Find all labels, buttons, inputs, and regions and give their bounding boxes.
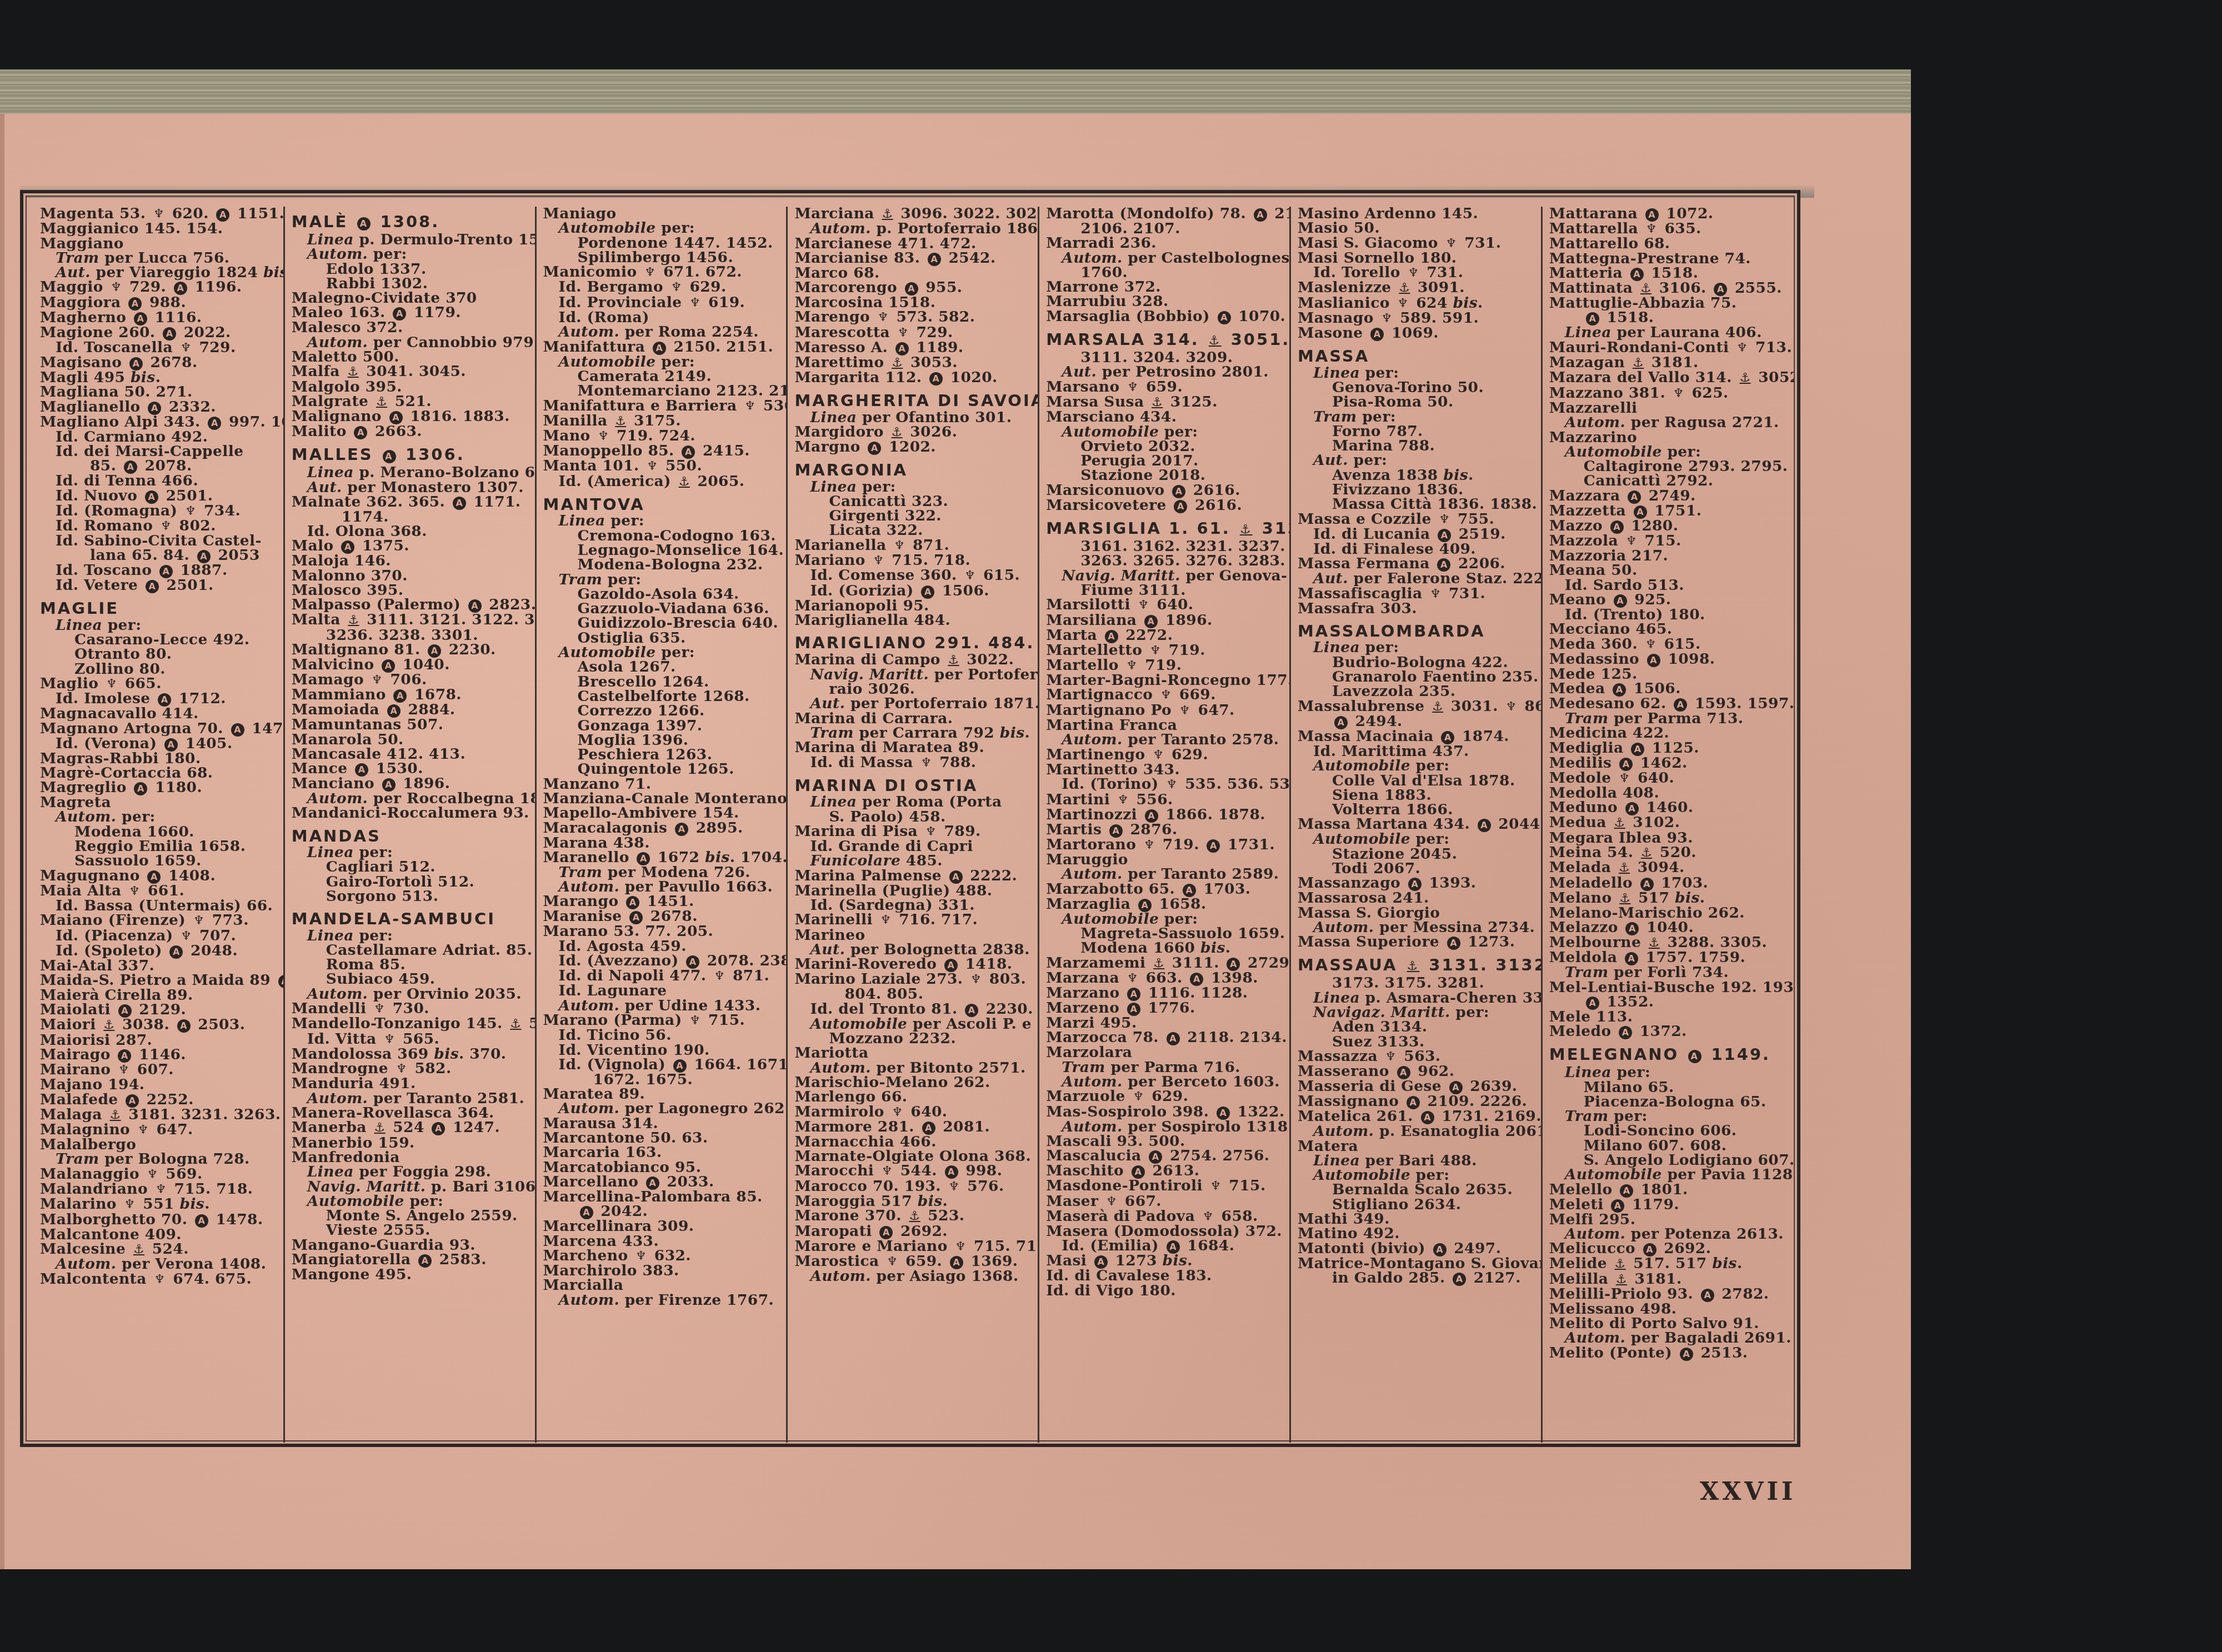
navigation-anchor-icon: ⚓ xyxy=(510,1017,521,1032)
index-entry: Martinengo ♆ 629. xyxy=(1046,748,1285,763)
index-section-heading: MASSAUA ⚓ 3131. 3132. xyxy=(1298,958,1537,974)
tram-bell-icon: ♆ xyxy=(1118,793,1129,808)
tram-bell-icon: ♆ xyxy=(882,1164,893,1179)
index-subentry: Aut. per Falerone Staz. 2225. xyxy=(1298,572,1537,586)
index-entry: Melito (Ponte) A 2513. xyxy=(1549,1346,1790,1361)
tram-bell-icon: ♆ xyxy=(1505,700,1517,714)
index-entry: Mazzo A 1280. xyxy=(1549,519,1790,534)
index-subentry: Autom. per: xyxy=(40,810,279,824)
index-entry: Margidoro ⚓ 3026. xyxy=(794,425,1033,440)
index-section-heading: MALÈ A 1308. xyxy=(292,214,531,231)
automobile-icon: A xyxy=(868,442,881,455)
index-subentry: Id. (Verona) A 1405. xyxy=(40,737,279,752)
transport-mode-label: bis xyxy=(1675,889,1700,907)
navigation-anchor-icon: ⚓ xyxy=(103,1018,114,1033)
index-entry: Marmore 281. A 2081. xyxy=(794,1120,1033,1135)
automobile-icon: A xyxy=(231,723,244,737)
index-subentry: Id. Comense 360. ♆ 615. xyxy=(794,568,1033,583)
navigation-anchor-icon: ⚓ xyxy=(348,613,359,628)
index-section-heading: MARSIGLIA 1. 61. ⚓ 3132. xyxy=(1046,521,1285,537)
index-section-heading: MASSA xyxy=(1298,349,1537,363)
tram-bell-icon: ♆ xyxy=(1736,341,1748,356)
index-entry: Malignano A 1816. 1883. xyxy=(292,409,531,424)
index-entry: Mecciano 465. xyxy=(1549,622,1790,637)
index-subentry: Id. (Avezzano) A 2078. 2381. xyxy=(543,954,782,969)
index-entry: Malcontenta ♆ 674. 675. xyxy=(40,1272,279,1287)
index-entry: Manta 101. ♆ 550. xyxy=(543,459,782,474)
index-entry: Marrubiu 328. xyxy=(1046,294,1285,309)
index-subentry: Id. Imolese A 1712. xyxy=(40,692,279,707)
index-entry: Marino Laziale 273. ♆ 803. xyxy=(794,972,1033,987)
index-column-5: Marotta (Mondolfo) 78. A 2105.2106. 2107… xyxy=(1039,207,1291,1443)
index-subentry: Id. Vitta ♆ 565. xyxy=(292,1032,531,1047)
index-entry: Marzamemi ⚓ 3111. A 2729. xyxy=(1046,956,1285,971)
index-entry: Magnano Artogna 70. A 1471 bis xyxy=(40,722,279,737)
automobile-icon: A xyxy=(1619,758,1633,771)
tram-bell-icon: ♆ xyxy=(689,1014,700,1028)
index-entry: Marsicovetere A 2616. xyxy=(1046,498,1285,513)
index-entry: Mazzetta A 1751. xyxy=(1549,504,1790,519)
index-subentry: Edolo 1337. xyxy=(292,262,531,277)
index-subentry: Automobile per: xyxy=(1298,759,1537,773)
tram-bell-icon: ♆ xyxy=(671,281,682,295)
index-entry: Mascalucia A 2754. 2756. xyxy=(1046,1149,1285,1164)
automobile-icon: A xyxy=(354,426,367,439)
index-entry: Malgrate ⚓ 521. xyxy=(292,394,531,409)
index-entry: Marsiconuovo A 2616. xyxy=(1046,483,1285,498)
transport-mode-label: bis xyxy=(263,264,285,281)
index-entry: Magreglio A 1180. xyxy=(40,780,279,795)
tram-bell-icon: ♆ xyxy=(1160,688,1172,703)
index-subentry: Autom. per Roma 2254. xyxy=(543,325,782,339)
index-entry: Maggiora A 988. xyxy=(40,296,279,311)
index-subentry: Id. (Piacenza) ♆ 707. xyxy=(40,929,279,944)
index-entry: Melide ⚓ 517. 517 bis. xyxy=(1549,1256,1790,1271)
index-subentry: Id. Bergamo ♆ 629. xyxy=(543,280,782,295)
index-entry: Manicomio ♆ 671. 672. xyxy=(543,265,782,280)
tram-bell-icon: ♆ xyxy=(138,1123,149,1138)
index-subentry: Aut. per Petrosino 2801. xyxy=(1046,365,1285,379)
index-entry: Manciano A 1896. xyxy=(292,777,531,792)
index-entry: Magenta 53. ♆ 620. A 1151. xyxy=(40,207,279,222)
index-entry: Mandrogne ♆ 582. xyxy=(292,1062,531,1077)
automobile-icon: A xyxy=(1680,1348,1693,1361)
index-entry: Mattinata ⚓ 3106. A 2555. xyxy=(1549,281,1790,296)
index-section-heading: MARSALA 314. ⚓ 3051. 3052. xyxy=(1046,332,1285,348)
index-subentry: Automobile per: xyxy=(1298,832,1537,847)
automobile-icon: A xyxy=(147,870,161,884)
index-subentry: Stazione 2018. xyxy=(1046,468,1285,483)
index-entry: Maiori ⚓ 3038. A 2503. xyxy=(40,1018,279,1033)
index-section-heading: MARGONIA xyxy=(794,463,1033,477)
index-entry: Meledo A 1372. xyxy=(1549,1024,1790,1039)
index-section-heading: MANDAS xyxy=(292,829,531,843)
index-entry: Mazzola ♆ 715. xyxy=(1549,534,1790,549)
index-subentry: Licata 322. xyxy=(794,523,1033,538)
index-entry: Maltignano 81. A 2230. xyxy=(292,643,531,658)
index-entry: Marone 370. ⚓ 523. xyxy=(794,1209,1033,1224)
navigation-anchor-icon: ⚓ xyxy=(1739,371,1750,386)
transport-mode-label: bis xyxy=(1000,724,1025,742)
index-entry: Medilis A 1462. xyxy=(1549,756,1790,771)
index-entry: Massarosa 241. xyxy=(1298,891,1537,905)
index-entry: Malborghetto 70. A 1478. xyxy=(40,1213,279,1228)
index-entry: Martorano ♆ 719. A 1731. xyxy=(1046,838,1285,853)
tram-bell-icon: ♆ xyxy=(1127,972,1138,986)
index-subentry: Autom. per Sospirolo 1318 bis. xyxy=(1046,1120,1285,1134)
index-entry: Magnacavallo 414. xyxy=(40,707,279,721)
index-entry: Matelica 261. A 1731. 2169. xyxy=(1298,1109,1537,1124)
index-entry: Manoppello 85. A 2415. xyxy=(543,444,782,459)
index-entry: Melicucco A 2692. xyxy=(1549,1241,1790,1256)
index-subentry: Tram per: xyxy=(1298,410,1537,424)
index-entry: Mandanici-Roccalumera 93. xyxy=(292,806,531,820)
index-entry: Marzabotto 65. A 1703. xyxy=(1046,882,1285,897)
index-entry: Magherno A 1116. xyxy=(40,311,279,326)
index-entry: Melilli-Priolo 93. A 2782. xyxy=(1549,1287,1790,1302)
index-entry: Marostica ♆ 659. A 1369. xyxy=(794,1254,1033,1269)
index-entry: Mazzara A 2749. xyxy=(1549,489,1790,504)
index-entry: Mas-Sospirolo 398. A 1322. xyxy=(1046,1105,1285,1120)
index-subentry: Zollino 80. xyxy=(40,662,279,677)
index-entry: Marocchi ♆ 544. A 998. xyxy=(794,1164,1033,1179)
index-subentry: Id. di Tenna 466. xyxy=(40,474,279,488)
automobile-icon: A xyxy=(928,253,941,266)
index-subentry: Brescello 1264. xyxy=(543,675,782,689)
automobile-icon: A xyxy=(626,896,639,909)
index-entry: Malcantone 409. xyxy=(40,1228,279,1242)
index-entry: Meda 360. ♆ 615. xyxy=(1549,637,1790,652)
index-entry: Maranise A 2678. xyxy=(543,909,782,924)
index-entry: Melazzo A 1040. xyxy=(1549,920,1790,935)
automobile-icon: A xyxy=(174,282,187,295)
index-entry: Marore e Mariano ♆ 715. 718. xyxy=(794,1239,1033,1254)
index-entry: Martini ♆ 556. xyxy=(1046,793,1285,808)
index-subentry: Tram per: xyxy=(543,573,782,587)
index-entry: Massalubrense ⚓ 3031. ♆ 869. xyxy=(1298,699,1537,714)
index-subentry: 3236. 3238. 3301. xyxy=(292,628,531,643)
index-entry: Manerbio 159. xyxy=(292,1136,531,1150)
automobile-icon: A xyxy=(383,450,396,463)
index-subentry: Id. Vetere A 2501. xyxy=(40,578,279,593)
index-subentry: Autom. per Ragusa 2721. xyxy=(1549,415,1790,430)
navigation-anchor-icon: ⚓ xyxy=(348,365,359,379)
automobile-icon: A xyxy=(146,580,159,593)
index-subentry: A 1518. xyxy=(1549,311,1790,326)
index-subentry: Aut. per: xyxy=(1298,453,1537,468)
index-entry: Mattarello 68. xyxy=(1549,237,1790,251)
page-number: XXVII xyxy=(1700,1478,1796,1506)
index-column-1: Magenta 53. ♆ 620. A 1151.Maggianico 145… xyxy=(33,207,285,1443)
tram-bell-icon: ♆ xyxy=(955,1240,966,1254)
index-entry: Magliano Alpi 343. A 997. 1020. xyxy=(40,415,279,430)
index-subentry: Id. (Romagna) ♆ 734. xyxy=(40,504,279,519)
navigation-anchor-icon: ⚓ xyxy=(1407,959,1420,974)
index-subentry: Automobile per Pavia 1128. xyxy=(1549,1168,1790,1182)
navigation-anchor-icon: ⚓ xyxy=(1619,892,1630,906)
tram-bell-icon: ♆ xyxy=(1445,237,1457,251)
index-subentry: Automobile per: xyxy=(543,221,782,236)
index-entry: Massa Fermana A 2206. xyxy=(1298,557,1537,572)
index-entry: Meleti A 1179. xyxy=(1549,1198,1790,1213)
index-subentry: Autom. per Udine 1433. xyxy=(543,999,782,1013)
tram-bell-icon: ♆ xyxy=(1430,587,1441,602)
index-entry: Martinozzi A 1866. 1878. xyxy=(1046,808,1285,823)
index-subentry: Id. Ticino 56. xyxy=(543,1028,782,1043)
index-subentry: Sassuolo 1659. xyxy=(40,854,279,868)
index-entry: Martelletto ♆ 719. xyxy=(1046,643,1285,658)
index-entry: Marcellano A 2033. xyxy=(543,1175,782,1190)
tram-bell-icon: ♆ xyxy=(129,884,140,899)
index-column-2: MALÈ A 1308.Linea p. Dermulo-Trento 150A… xyxy=(285,207,537,1443)
index-entry: Manifattura e Barriera ♆ 536. 537. xyxy=(543,399,782,414)
index-entry: Melada ⚓ 3094. xyxy=(1549,860,1790,875)
automobile-icon: A xyxy=(169,945,183,959)
index-subentry: Pordenone 1447. 1452. xyxy=(543,236,782,251)
index-entry: Massa Martana 434. A 2044. xyxy=(1298,817,1537,832)
page-gutter xyxy=(0,114,4,1569)
automobile-icon: A xyxy=(1640,878,1654,891)
index-subentry: Autom. per Bitonto 2571. xyxy=(794,1061,1033,1075)
navigation-anchor-icon: ⚓ xyxy=(1153,957,1164,971)
index-entry: Maiolati A 2129. xyxy=(40,1003,279,1018)
navigation-anchor-icon: ⚓ xyxy=(948,653,959,668)
index-subentry: Aut. per Portoferraio 1871. xyxy=(794,697,1033,711)
index-subentry: Vieste 2555. xyxy=(292,1223,531,1238)
index-entry: Melano ⚓ 517 bis. xyxy=(1549,891,1790,906)
index-subentry: Lodi-Soncino 606. xyxy=(1549,1124,1790,1138)
tram-bell-icon: ♆ xyxy=(878,311,889,325)
automobile-icon: A xyxy=(1218,311,1231,324)
index-entry: Maser ♆ 667. xyxy=(1046,1194,1285,1209)
index-subentry: Id. Vicentino 190. xyxy=(543,1043,782,1058)
index-entry: Marianopoli 95. xyxy=(794,599,1033,613)
index-entry: Malvicino A 1040. xyxy=(292,658,531,673)
tram-bell-icon: ♆ xyxy=(1673,387,1684,401)
index-subentry: Id. (America) ⚓ 2065. xyxy=(543,474,782,489)
index-subentry: 85. A 2078. xyxy=(40,459,279,474)
index-subentry: Aden 3134. xyxy=(1298,1020,1537,1034)
tram-bell-icon: ♆ xyxy=(181,929,192,944)
index-entry: Marcheno ♆ 632. xyxy=(543,1249,782,1264)
index-entry: Medassino A 1098. xyxy=(1549,652,1790,667)
index-entry: Manarola 50. xyxy=(292,733,531,747)
tram-bell-icon: ♆ xyxy=(1138,598,1149,613)
index-entry: Medua ⚓ 3102. xyxy=(1549,815,1790,830)
index-entry: Maresso A. A 1189. xyxy=(794,341,1033,356)
index-entry: Meldola A 1757. 1759. xyxy=(1549,950,1790,965)
automobile-icon: A xyxy=(1174,500,1187,513)
navigation-anchor-icon: ⚓ xyxy=(1614,816,1625,830)
index-subentry: Tram per Bologna 728. xyxy=(40,1152,279,1167)
automobile-icon: A xyxy=(1688,1050,1701,1063)
index-subentry: Id. Provinciale ♆ 619. xyxy=(543,296,782,311)
automobile-icon: A xyxy=(1478,819,1491,832)
automobile-icon: A xyxy=(1167,1032,1180,1045)
index-section-heading: MANTOVA xyxy=(543,497,782,512)
automobile-icon: A xyxy=(1127,988,1140,1001)
index-entry: Mel-Lentiai-Busche 192. 193. xyxy=(1549,980,1790,995)
automobile-icon: A xyxy=(357,217,371,231)
index-entry: Marsilotti ♆ 640. xyxy=(1046,598,1285,613)
automobile-icon: A xyxy=(929,372,943,386)
index-entry: Marzano A 1116. 1128. xyxy=(1046,986,1285,1001)
tram-bell-icon: ♆ xyxy=(124,1198,136,1212)
automobile-icon: A xyxy=(164,738,178,752)
index-entry: Marengo ♆ 573. 582. xyxy=(794,310,1033,325)
index-entry: Margarita 112. A 1020. xyxy=(794,371,1033,386)
index-subentry: Automobile per: xyxy=(1046,425,1285,439)
index-subentry: Autom. p. Portoferraio 1868. xyxy=(794,222,1033,236)
index-entry: Marsa Susa ⚓ 3125. xyxy=(1046,395,1285,410)
index-subentry: Autom. per Bagaladi 2691. xyxy=(1549,1331,1790,1345)
index-subentry: A 2494. xyxy=(1298,714,1537,729)
index-subentry: Id. del Tronto 81. A 2230. 2354 xyxy=(794,1002,1033,1017)
index-entry: Marina di Campo ⚓ 3022. xyxy=(794,653,1033,668)
index-entry: Mariglianella 484. xyxy=(794,613,1033,628)
index-subentry: A 1352. xyxy=(1549,995,1790,1010)
index-entry: Malafede A 2252. xyxy=(40,1093,279,1108)
index-entry: Marcatobianco 95. xyxy=(543,1160,782,1175)
navigation-anchor-icon: ⚓ xyxy=(374,1121,386,1135)
automobile-icon: A xyxy=(1447,937,1460,950)
index-entry: Mandello-Tonzanigo 145. ⚓ 521. 522 xyxy=(292,1017,531,1032)
index-subentry: Autom. per Lagonegro 2621. xyxy=(543,1102,782,1116)
index-entry: Masi S. Giacomo ♆ 731. xyxy=(1298,236,1537,251)
index-entry: Malandriano ♆ 715. 718. xyxy=(40,1182,279,1197)
tram-bell-icon: ♆ xyxy=(193,914,204,928)
index-entry: Matteria A 1518. xyxy=(1549,266,1790,281)
index-entry: Meladello A 1703. xyxy=(1549,876,1790,891)
index-subentry: S. Paolo) 458. xyxy=(794,810,1033,824)
automobile-icon: A xyxy=(118,1049,131,1063)
index-subentry: Massa Città 1836. 1838. xyxy=(1298,497,1537,512)
index-column-3: ManiagoAutomobile per:Pordenone 1447. 14… xyxy=(537,207,788,1443)
automobile-icon: A xyxy=(195,1214,208,1228)
index-entry: Medicina 422. xyxy=(1549,726,1790,740)
index-entry: Magione 260. A 2022. xyxy=(40,326,279,341)
index-entry: Malarino ♆ 551 bis. xyxy=(40,1197,279,1212)
index-entry: Mairago A 1146. xyxy=(40,1048,279,1063)
index-columns: Magenta 53. ♆ 620. A 1151.Maggianico 145… xyxy=(33,207,1794,1443)
index-entry: Malcesine ⚓ 524. xyxy=(40,1242,279,1257)
index-entry: Marcorengo A 955. xyxy=(794,281,1033,296)
index-entry: Martignano Po ♆ 647. xyxy=(1046,703,1285,718)
index-subentry: Bernalda Scalo 2635. xyxy=(1298,1183,1537,1197)
index-entry: Marciana ⚓ 3096. 3022. 3026. xyxy=(794,207,1033,222)
automobile-icon: A xyxy=(675,823,688,836)
transport-mode-label: bis xyxy=(1712,1255,1737,1272)
tram-bell-icon: ♆ xyxy=(964,569,975,583)
index-subentry: Navig. Maritt. per Genova- xyxy=(1046,569,1285,583)
index-subentry: Autom. per Taranto 2589. xyxy=(1046,867,1285,882)
index-entry: Mazzano 381. ♆ 625. xyxy=(1549,386,1790,401)
index-entry: Malpasso (Palermo) A 2823. xyxy=(292,598,531,613)
tram-bell-icon: ♆ xyxy=(1179,704,1190,718)
index-entry: Megara Iblea 93. xyxy=(1549,831,1790,845)
tram-bell-icon: ♆ xyxy=(744,399,755,414)
navigation-anchor-icon: ⚓ xyxy=(1616,1273,1627,1287)
index-entry: Martignacco ♆ 669. xyxy=(1046,688,1285,703)
index-entry: Maserà di Padova ♆ 658. xyxy=(1046,1209,1285,1224)
index-subentry: A 2042. xyxy=(543,1204,782,1219)
index-section-heading: MASSALOMBARDA xyxy=(1298,624,1537,638)
tram-bell-icon: ♆ xyxy=(1166,778,1177,792)
index-subentry: Linea per: xyxy=(292,929,531,943)
index-entry: Marina Palmense A 2222. xyxy=(794,869,1033,884)
index-entry: Marta A 2272. xyxy=(1046,628,1285,643)
automobile-icon: A xyxy=(1172,485,1185,498)
index-entry: Manerba ⚓ 524 A 1247. xyxy=(292,1120,531,1135)
index-entry: Marettimo ⚓ 3053. xyxy=(794,356,1033,371)
index-subentry: Lavezzola 235. xyxy=(1298,684,1537,699)
index-entry: Maleo 163. A 1179. xyxy=(292,306,531,321)
navigation-anchor-icon: ⚓ xyxy=(1619,861,1630,875)
tram-bell-icon: ♆ xyxy=(949,1180,960,1194)
index-entry: Malfa ⚓ 3041. 3045. xyxy=(292,364,531,379)
index-entry: Marzeno A 1776. xyxy=(1046,1001,1285,1016)
index-section-heading: MANDELA-SAMBUCI xyxy=(292,912,531,926)
index-section-heading: MARGHERITA DI SAVOIA xyxy=(794,393,1033,408)
index-entry: Malito A 2663. xyxy=(292,424,531,439)
index-subentry: Linea per: xyxy=(543,514,782,528)
index-entry: Mazara del Vallo 314. ⚓ 3052. xyxy=(1549,371,1790,386)
index-entry: Maschito A 2613. xyxy=(1046,1164,1285,1179)
automobile-icon: A xyxy=(432,1122,445,1135)
index-entry: Masone A 1069. xyxy=(1298,326,1537,341)
index-subentry: Funicolare 485. xyxy=(794,854,1033,868)
index-subentry: Sorgono 513. xyxy=(292,889,531,904)
automobile-icon: A xyxy=(278,975,285,988)
index-subentry: Tram per Forlì 734. xyxy=(1549,965,1790,980)
index-entry: Manilla ⚓ 3175. xyxy=(543,414,782,429)
index-entry: Mapello-Ambivere 154. xyxy=(543,806,782,820)
index-entry: Medesano 62. A 1593. 1597. xyxy=(1549,697,1790,712)
index-entry: Marmirolo ♆ 640. xyxy=(794,1105,1033,1120)
index-entry: Maiano (Firenze) ♆ 773. xyxy=(40,913,279,928)
index-entry: Malaga ⚓ 3181. 3231. 3263. xyxy=(40,1108,279,1123)
automobile-icon: A xyxy=(1227,958,1240,971)
index-subentry: Gairo-Tortolì 512. xyxy=(292,875,531,889)
automobile-icon: A xyxy=(1619,1026,1632,1039)
index-entry: Maggianico 145. 154. xyxy=(40,222,279,236)
index-entry: Massa Macinaia A 1874. xyxy=(1298,729,1537,744)
index-entry: Meina 54. ⚓ 520. xyxy=(1549,845,1790,860)
index-subentry: Montemarciano 2123. 2125. xyxy=(543,384,782,398)
index-entry: Malnate 362. 365. A 1171. xyxy=(292,495,531,510)
index-entry: Masseria di Gese A 2639. xyxy=(1298,1079,1537,1094)
automobile-icon: A xyxy=(1453,1273,1466,1286)
index-subentry: Correzzo 1266. xyxy=(543,704,782,718)
transport-mode-label: bis xyxy=(179,1195,204,1213)
index-subentry: Id. Romano ♆ 802. xyxy=(40,519,279,534)
index-subentry: Suez 3133. xyxy=(1298,1035,1537,1049)
index-entry: Mammiano A 1678. xyxy=(292,688,531,703)
index-subentry: Linea per: xyxy=(794,480,1033,494)
index-entry: Masdone-Pontiroli ♆ 715. xyxy=(1046,1179,1285,1194)
index-entry: Meduno A 1460. xyxy=(1549,800,1790,815)
index-entry: Matonti (bivio) A 2497. xyxy=(1298,1241,1537,1256)
index-entry: Mamago ♆ 706. xyxy=(292,673,531,688)
tram-bell-icon: ♆ xyxy=(647,459,658,474)
index-entry: Melello A 1801. xyxy=(1549,1183,1790,1198)
index-entry: Masio 50. xyxy=(1298,221,1537,236)
index-entry: Manifattura A 2150. 2151. xyxy=(543,340,782,355)
index-section-heading: MARINA DI OSTIA xyxy=(794,778,1033,793)
index-subentry: Modena 1660 bis. xyxy=(1046,941,1285,955)
index-subentry: Autom. p. Esanatoglia 2061. xyxy=(1298,1124,1537,1139)
index-entry: Maslenizze ⚓ 3091. xyxy=(1298,281,1537,296)
